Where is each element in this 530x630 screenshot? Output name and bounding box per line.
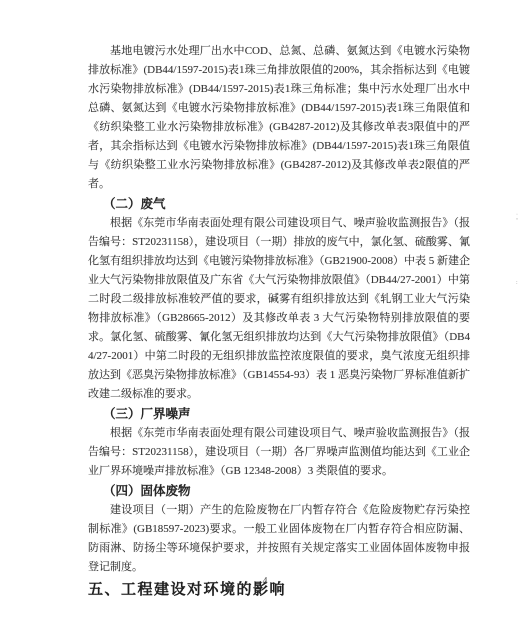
paragraph-waste-gas: 根据《东莞市华南表面处理有限公司建设项目气、噪声验收监测报告》（报告编号：ST2… bbox=[88, 214, 470, 404]
section-heading-boundary-noise: （三）厂界噪声 bbox=[88, 405, 470, 424]
scan-artifact: : bbox=[516, 280, 518, 287]
document-body: 基地电镀污水处理厂出水中COD、总氮、总磷、氨氮达到《电镀水污染物排放标准》(D… bbox=[88, 42, 470, 600]
paragraph-boundary-noise: 根据《东莞市华南表面处理有限公司建设项目气、噪声验收监测报告》（报告编号：ST2… bbox=[88, 424, 470, 481]
section-heading-solid-waste: （四）固体废物 bbox=[88, 482, 470, 501]
page-number: 4 bbox=[0, 576, 530, 587]
section-heading-waste-gas: （二）废气 bbox=[88, 195, 470, 214]
paragraph-solid-waste: 建设项目（一期）产生的危险废物在厂内暂存符合《危险废物贮存污染控制标准》(GB1… bbox=[88, 501, 470, 577]
scanned-document-page: 基地电镀污水处理厂出水中COD、总氮、总磷、氨氮达到《电镀水污染物排放标准》(D… bbox=[0, 0, 530, 630]
paragraph-wastewater-standards: 基地电镀污水处理厂出水中COD、总氮、总磷、氨氮达到《电镀水污染物排放标准》(D… bbox=[88, 42, 470, 194]
scan-artifact: ·˝ bbox=[516, 212, 518, 226]
